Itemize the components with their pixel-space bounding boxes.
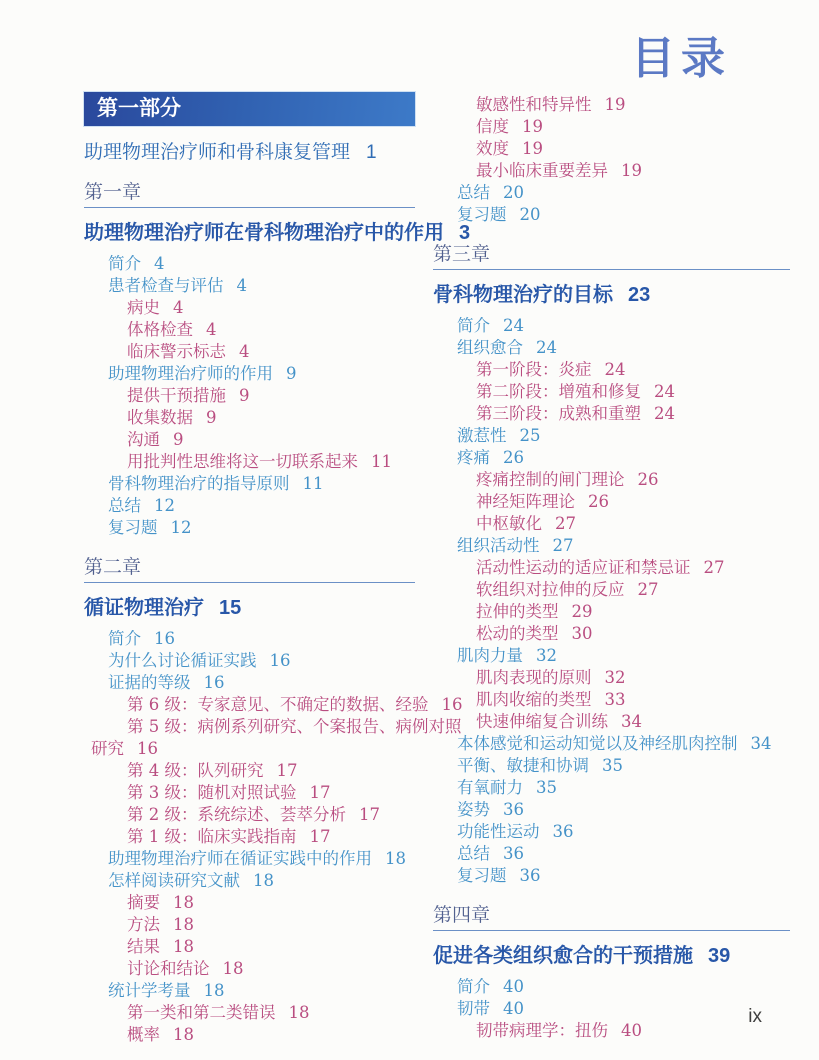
toc-entry: 患者检查与评估4 — [84, 275, 415, 297]
toc-entry: 第 6 级：专家意见、不确定的数据、经验16 — [84, 694, 415, 716]
toc-entry: 方法18 — [84, 914, 415, 936]
toc-entry: 简介24 — [433, 315, 790, 337]
entry-page: 32 — [605, 668, 626, 687]
entry-page: 34 — [621, 712, 642, 731]
entry-text: 第一类和第二类错误 — [127, 1003, 276, 1022]
entry-text: 复习题 — [457, 205, 507, 224]
toc-entry: 第 5 级：病例系列研究、个案报告、病例对照 — [84, 716, 415, 738]
entry-page: 18 — [173, 937, 194, 956]
entry-text: 沟通 — [127, 430, 160, 449]
chapter-title: 骨科物理治疗的目标23 — [433, 278, 790, 307]
chapter-title: 助理物理治疗师在骨科物理治疗中的作用3 — [84, 216, 415, 245]
toc-entry: 第二阶段：增殖和修复24 — [433, 381, 790, 403]
entry-text: 病史 — [127, 298, 160, 317]
entry-page: 20 — [520, 205, 541, 224]
entry-text: 肌肉收缩的类型 — [476, 690, 592, 709]
toc-entry: 姿势36 — [433, 799, 790, 821]
entry-text: 最小临床重要差异 — [476, 161, 608, 180]
toc-entry: 敏感性和特异性19 — [433, 94, 790, 116]
entry-text: 组织愈合 — [457, 338, 523, 357]
toc-entry: 最小临床重要差异19 — [433, 160, 790, 182]
toc-entry: 第 1 级：临床实践指南17 — [84, 826, 415, 848]
entry-page: 4 — [237, 276, 248, 295]
entry-page: 24 — [654, 404, 675, 423]
toc-entry: 骨科物理治疗的指导原则11 — [84, 473, 415, 495]
toc-entry: 简介16 — [84, 628, 415, 650]
toc-entry: 韧带病理学：扭伤40 — [433, 1020, 790, 1042]
toc-entry: 研究16 — [84, 738, 415, 760]
toc-entry: 临床警示标志4 — [84, 341, 415, 363]
entry-text: 简介 — [457, 316, 490, 335]
toc-entry: 为什么讨论循证实践16 — [84, 650, 415, 672]
entry-text: 肌肉表现的原则 — [476, 668, 592, 687]
chapter-title-text: 促进各类组织愈合的干预措施 — [433, 945, 693, 967]
entry-text: 研究 — [91, 739, 124, 758]
entry-page: 9 — [239, 386, 250, 405]
entry-text: 姿势 — [457, 800, 490, 819]
toc-entry: 怎样阅读研究文献18 — [84, 870, 415, 892]
entry-text: 复习题 — [108, 518, 158, 537]
entry-page: 32 — [536, 646, 557, 665]
toc-entry: 总结20 — [433, 182, 790, 204]
entry-text: 方法 — [127, 915, 160, 934]
entry-page: 35 — [602, 756, 623, 775]
entry-page: 9 — [206, 408, 217, 427]
toc-entry: 第一阶段：炎症24 — [433, 359, 790, 381]
part-label: 第一部分 — [97, 97, 181, 120]
entry-page: 40 — [503, 977, 524, 996]
toc-entry: 病史4 — [84, 297, 415, 319]
toc-entry: 快速伸缩复合训练34 — [433, 711, 790, 733]
entry-page: 24 — [536, 338, 557, 357]
page-number: ix — [748, 1006, 762, 1028]
toc-entry: 松动的类型30 — [433, 623, 790, 645]
toc-entry: 体格检查4 — [84, 319, 415, 341]
toc-entry: 中枢敏化27 — [433, 513, 790, 535]
toc-entry: 复习题12 — [84, 517, 415, 539]
toc-entry: 用批判性思维将这一切联系起来11 — [84, 451, 415, 473]
toc-entry: 神经矩阵理论26 — [433, 491, 790, 513]
entry-page: 17 — [359, 805, 380, 824]
toc-entry: 证据的等级16 — [84, 672, 415, 694]
toc-entry: 第 3 级：随机对照试验17 — [84, 782, 415, 804]
entry-text: 敏感性和特异性 — [476, 95, 592, 114]
entry-text: 信度 — [476, 117, 509, 136]
entry-text: 简介 — [108, 629, 141, 648]
entry-text: 讨论和结论 — [127, 959, 210, 978]
chapter-title-text: 骨科物理治疗的目标 — [433, 284, 613, 306]
entry-page: 19 — [522, 117, 543, 136]
entry-page: 27 — [553, 536, 574, 555]
toc-entry: 第一类和第二类错误18 — [84, 1002, 415, 1024]
toc-entry: 韧带40 — [433, 998, 790, 1020]
entry-page: 16 — [137, 739, 158, 758]
toc-entry: 本体感觉和运动知觉以及神经肌肉控制34 — [433, 733, 790, 755]
entry-page: 36 — [520, 866, 541, 885]
entry-page: 26 — [503, 448, 524, 467]
entry-text: 骨科物理治疗的指导原则 — [108, 474, 290, 493]
toc-entry: 简介40 — [433, 976, 790, 998]
toc-entry: 有氧耐力35 — [433, 777, 790, 799]
toc-entry: 软组织对拉伸的反应27 — [433, 579, 790, 601]
entry-page: 24 — [605, 360, 626, 379]
entry-text: 摘要 — [127, 893, 160, 912]
entry-page: 26 — [588, 492, 609, 511]
entry-text: 助理物理治疗师的作用 — [108, 364, 273, 383]
toc-entry: 效度19 — [433, 138, 790, 160]
entry-text: 怎样阅读研究文献 — [108, 871, 240, 890]
entry-text: 功能性运动 — [457, 822, 540, 841]
entry-text: 疼痛 — [457, 448, 490, 467]
entry-text: 肌肉力量 — [457, 646, 523, 665]
entry-text: 第三阶段：成熟和重塑 — [476, 404, 641, 423]
entry-page: 18 — [253, 871, 274, 890]
entry-text: 统计学考量 — [108, 981, 191, 1000]
toc-entry: 激惹性25 — [433, 425, 790, 447]
part-title-text: 助理物理治疗师和骨科康复管理 — [84, 142, 350, 163]
entry-page: 27 — [555, 514, 576, 533]
entry-page: 11 — [371, 452, 392, 471]
entry-text: 体格检查 — [127, 320, 193, 339]
entry-text: 总结 — [108, 496, 141, 515]
entry-page: 18 — [223, 959, 244, 978]
entry-page: 40 — [621, 1021, 642, 1040]
toc-entry: 肌肉力量32 — [433, 645, 790, 667]
entry-page: 16 — [204, 673, 225, 692]
entry-text: 效度 — [476, 139, 509, 158]
toc-entry: 第 4 级：队列研究17 — [84, 760, 415, 782]
chapter-label: 第一章 — [84, 177, 415, 208]
entry-text: 临床警示标志 — [127, 342, 226, 361]
entry-page: 33 — [605, 690, 626, 709]
toc-entry: 第 2 级：系统综述、荟萃分析17 — [84, 804, 415, 826]
entry-text: 韧带 — [457, 999, 490, 1018]
entry-text: 概率 — [127, 1025, 160, 1044]
entry-page: 36 — [553, 822, 574, 841]
entry-text: 第 6 级：专家意见、不确定的数据、经验 — [127, 695, 429, 714]
toc-entry: 复习题36 — [433, 865, 790, 887]
entry-text: 简介 — [457, 977, 490, 996]
entry-page: 18 — [173, 893, 194, 912]
toc-entry: 肌肉收缩的类型33 — [433, 689, 790, 711]
entry-text: 软组织对拉伸的反应 — [476, 580, 625, 599]
entry-text: 本体感觉和运动知觉以及神经肌肉控制 — [457, 734, 738, 753]
entry-page: 35 — [536, 778, 557, 797]
entry-page: 17 — [310, 827, 331, 846]
toc-entry: 第三阶段：成熟和重塑24 — [433, 403, 790, 425]
entry-text: 激惹性 — [457, 426, 507, 445]
entry-page: 30 — [572, 624, 593, 643]
entry-text: 复习题 — [457, 866, 507, 885]
entry-text: 拉伸的类型 — [476, 602, 559, 621]
toc-entry: 总结12 — [84, 495, 415, 517]
entry-page: 17 — [310, 783, 331, 802]
toc-entry: 概率18 — [84, 1024, 415, 1046]
page-title: 目录 — [631, 22, 731, 86]
chapter-title-text: 循证物理治疗 — [84, 597, 204, 619]
toc-entry: 功能性运动36 — [433, 821, 790, 843]
toc-entry: 沟通9 — [84, 429, 415, 451]
chapter-title-page: 23 — [628, 284, 650, 306]
entry-page: 40 — [503, 999, 524, 1018]
entry-text: 平衡、敏捷和协调 — [457, 756, 589, 775]
entry-page: 11 — [303, 474, 324, 493]
chapter-label: 第三章 — [433, 239, 790, 270]
entry-text: 疼痛控制的闸门理论 — [476, 470, 625, 489]
toc-entry: 结果18 — [84, 936, 415, 958]
toc-entry: 收集数据9 — [84, 407, 415, 429]
toc-entry: 简介4 — [84, 253, 415, 275]
entry-text: 快速伸缩复合训练 — [476, 712, 608, 731]
part-title-page: 1 — [366, 142, 377, 163]
entry-page: 36 — [503, 800, 524, 819]
entry-page: 24 — [654, 382, 675, 401]
toc-entry: 助理物理治疗师的作用9 — [84, 363, 415, 385]
chapter-title-page: 15 — [219, 597, 241, 619]
entry-page: 29 — [572, 602, 593, 621]
entry-page: 4 — [239, 342, 250, 361]
entry-page: 4 — [173, 298, 184, 317]
toc-column-right: 敏感性和特异性19信度19效度19最小临床重要差异19总结20复习题20第三章骨… — [433, 94, 790, 1042]
toc-entry: 平衡、敏捷和协调35 — [433, 755, 790, 777]
toc-entry: 讨论和结论18 — [84, 958, 415, 980]
entry-text: 第 5 级：病例系列研究、个案报告、病例对照 — [127, 717, 462, 736]
toc-entry: 总结36 — [433, 843, 790, 865]
entry-page: 16 — [154, 629, 175, 648]
entry-text: 助理物理治疗师在循证实践中的作用 — [108, 849, 372, 868]
toc-entry: 肌肉表现的原则32 — [433, 667, 790, 689]
entry-page: 4 — [154, 254, 165, 273]
entry-page: 34 — [751, 734, 772, 753]
entry-text: 患者检查与评估 — [108, 276, 224, 295]
entry-page: 9 — [286, 364, 297, 383]
entry-page: 19 — [605, 95, 626, 114]
entry-page: 18 — [385, 849, 406, 868]
entry-text: 证据的等级 — [108, 673, 191, 692]
entry-text: 简介 — [108, 254, 141, 273]
entry-page: 18 — [204, 981, 225, 1000]
entry-text: 收集数据 — [127, 408, 193, 427]
entry-text: 组织活动性 — [457, 536, 540, 555]
entry-text: 有氧耐力 — [457, 778, 523, 797]
toc-column-left: 第一部分助理物理治疗师和骨科康复管理1第一章助理物理治疗师在骨科物理治疗中的作用… — [84, 92, 415, 1046]
entry-page: 19 — [621, 161, 642, 180]
entry-page: 16 — [270, 651, 291, 670]
entry-text: 总结 — [457, 183, 490, 202]
entry-text: 提供干预措施 — [127, 386, 226, 405]
toc-entry: 提供干预措施9 — [84, 385, 415, 407]
entry-page: 36 — [503, 844, 524, 863]
entry-page: 9 — [173, 430, 184, 449]
entry-text: 第 3 级：随机对照试验 — [127, 783, 297, 802]
entry-text: 用批判性思维将这一切联系起来 — [127, 452, 358, 471]
toc-entry: 组织活动性27 — [433, 535, 790, 557]
chapter-label: 第二章 — [84, 552, 415, 583]
entry-page: 12 — [154, 496, 175, 515]
part-banner: 第一部分 — [84, 92, 415, 126]
entry-page: 17 — [277, 761, 298, 780]
entry-text: 为什么讨论循证实践 — [108, 651, 257, 670]
entry-text: 结果 — [127, 937, 160, 956]
entry-text: 第 4 级：队列研究 — [127, 761, 264, 780]
entry-page: 24 — [503, 316, 524, 335]
entry-text: 松动的类型 — [476, 624, 559, 643]
toc-entry: 摘要18 — [84, 892, 415, 914]
chapter-title: 促进各类组织愈合的干预措施39 — [433, 939, 790, 968]
toc-entry: 疼痛控制的闸门理论26 — [433, 469, 790, 491]
chapter-title-page: 39 — [708, 945, 730, 967]
entry-text: 活动性运动的适应证和禁忌证 — [476, 558, 691, 577]
toc-entry: 复习题20 — [433, 204, 790, 226]
entry-text: 中枢敏化 — [476, 514, 542, 533]
entry-page: 26 — [638, 470, 659, 489]
toc-entry: 拉伸的类型29 — [433, 601, 790, 623]
entry-page: 18 — [289, 1003, 310, 1022]
entry-text: 第 2 级：系统综述、荟萃分析 — [127, 805, 346, 824]
entry-text: 第一阶段：炎症 — [476, 360, 592, 379]
entry-page: 19 — [522, 139, 543, 158]
entry-page: 20 — [503, 183, 524, 202]
entry-page: 18 — [173, 915, 194, 934]
entry-text: 第 1 级：临床实践指南 — [127, 827, 297, 846]
toc-entry: 活动性运动的适应证和禁忌证27 — [433, 557, 790, 579]
chapter-title-text: 助理物理治疗师在骨科物理治疗中的作用 — [84, 222, 444, 244]
entry-text: 韧带病理学：扭伤 — [476, 1021, 608, 1040]
part-title: 助理物理治疗师和骨科康复管理1 — [84, 137, 415, 164]
toc-entry: 信度19 — [433, 116, 790, 138]
entry-page: 4 — [206, 320, 217, 339]
chapter-title: 循证物理治疗15 — [84, 591, 415, 620]
entry-page: 25 — [520, 426, 541, 445]
entry-page: 27 — [638, 580, 659, 599]
entry-page: 18 — [173, 1025, 194, 1044]
entry-text: 第二阶段：增殖和修复 — [476, 382, 641, 401]
toc-entry: 助理物理治疗师在循证实践中的作用18 — [84, 848, 415, 870]
entry-page: 12 — [171, 518, 192, 537]
toc-entry: 组织愈合24 — [433, 337, 790, 359]
entry-text: 神经矩阵理论 — [476, 492, 575, 511]
entry-page: 27 — [704, 558, 725, 577]
chapter-label: 第四章 — [433, 900, 790, 931]
toc-entry: 统计学考量18 — [84, 980, 415, 1002]
toc-entry: 疼痛26 — [433, 447, 790, 469]
entry-text: 总结 — [457, 844, 490, 863]
